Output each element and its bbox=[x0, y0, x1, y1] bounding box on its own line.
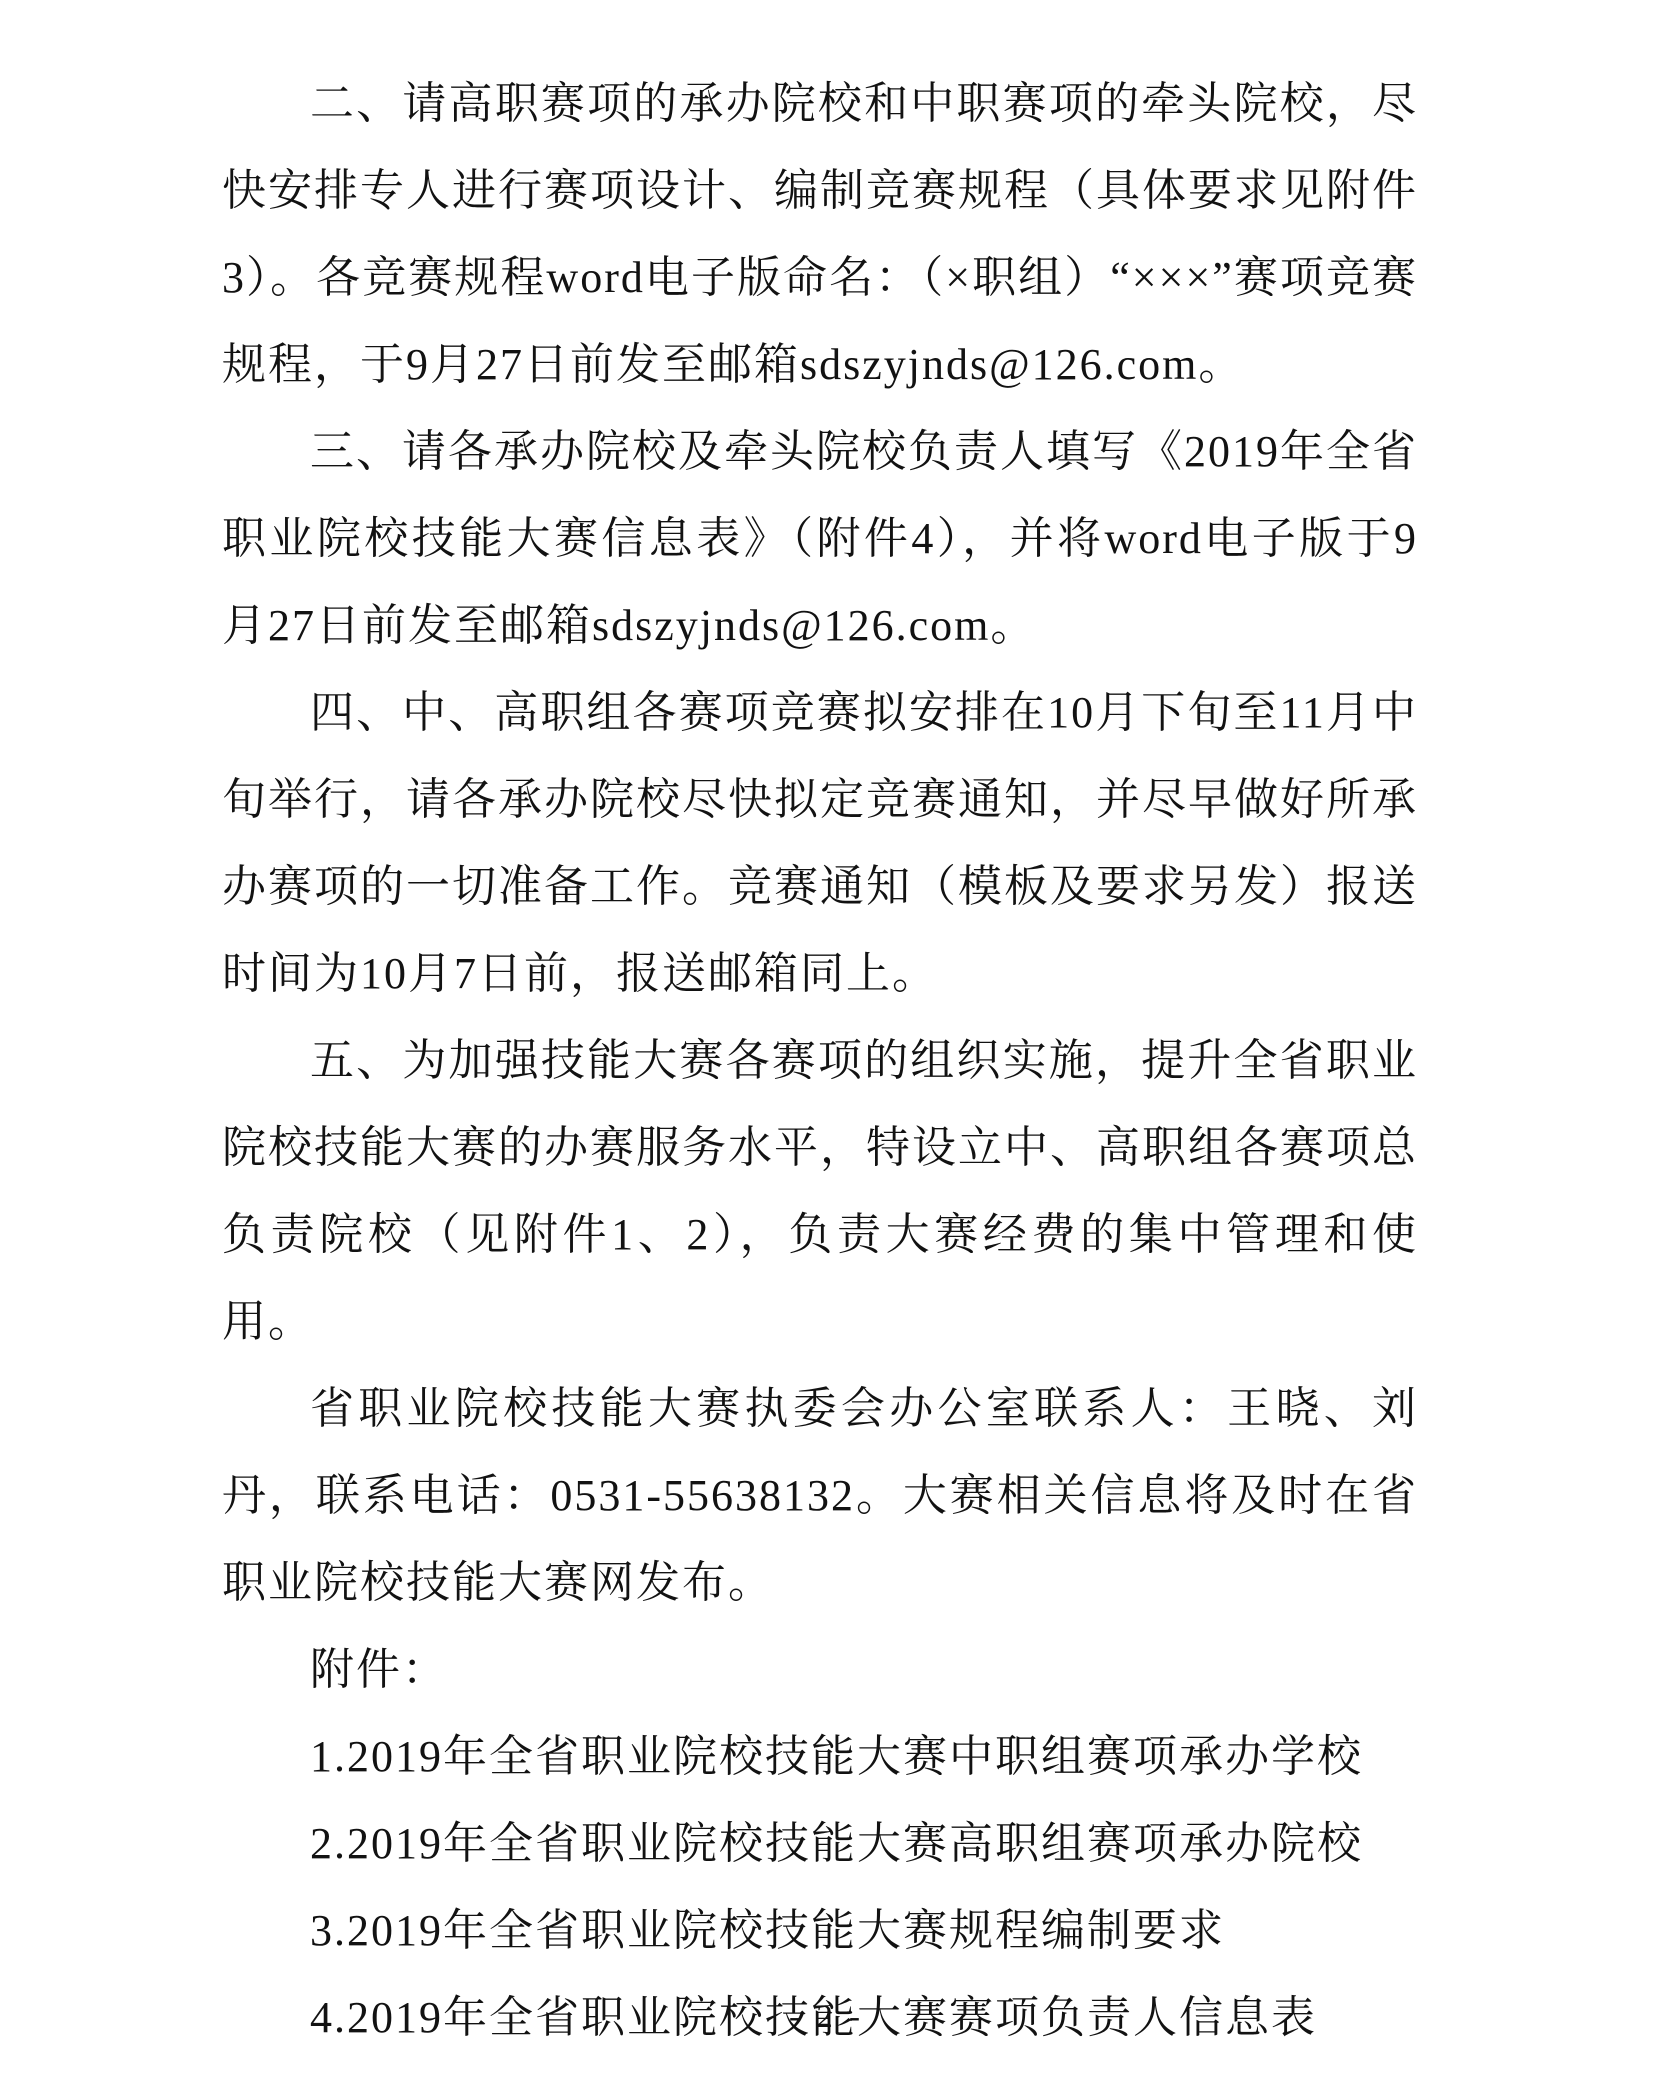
paragraph-item-2: 二、请高职赛项的承办院校和中职赛项的牵头院校，尽快安排专人进行赛项设计、编制竞赛… bbox=[222, 60, 1418, 408]
attachment-item-1: 1.2019年全省职业院校技能大赛中职组赛项承办学校 bbox=[222, 1713, 1418, 1800]
document-body: 二、请高职赛项的承办院校和中职赛项的牵头院校，尽快安排专人进行赛项设计、编制竞赛… bbox=[222, 60, 1418, 2061]
attachment-item-3: 3.2019年全省职业院校技能大赛规程编制要求 bbox=[222, 1887, 1418, 1974]
attachments-label: 附件： bbox=[222, 1626, 1418, 1713]
page-number: - 2 - bbox=[789, 1999, 864, 2035]
paragraph-item-4: 四、中、高职组各赛项竞赛拟安排在10月下旬至11月中旬举行，请各承办院校尽快拟定… bbox=[222, 669, 1418, 1017]
page-footer: - 2 - bbox=[0, 1992, 1653, 2042]
document-page: 二、请高职赛项的承办院校和中职赛项的牵头院校，尽快安排专人进行赛项设计、编制竞赛… bbox=[0, 0, 1653, 2093]
attachment-item-2: 2.2019年全省职业院校技能大赛高职组赛项承办院校 bbox=[222, 1800, 1418, 1887]
paragraph-contact: 省职业院校技能大赛执委会办公室联系人：王晓、刘丹，联系电话：0531-55638… bbox=[222, 1365, 1418, 1626]
paragraph-item-3: 三、请各承办院校及牵头院校负责人填写《2019年全省职业院校技能大赛信息表》（附… bbox=[222, 408, 1418, 669]
paragraph-item-5: 五、为加强技能大赛各赛项的组织实施，提升全省职业院校技能大赛的办赛服务水平，特设… bbox=[222, 1017, 1418, 1365]
